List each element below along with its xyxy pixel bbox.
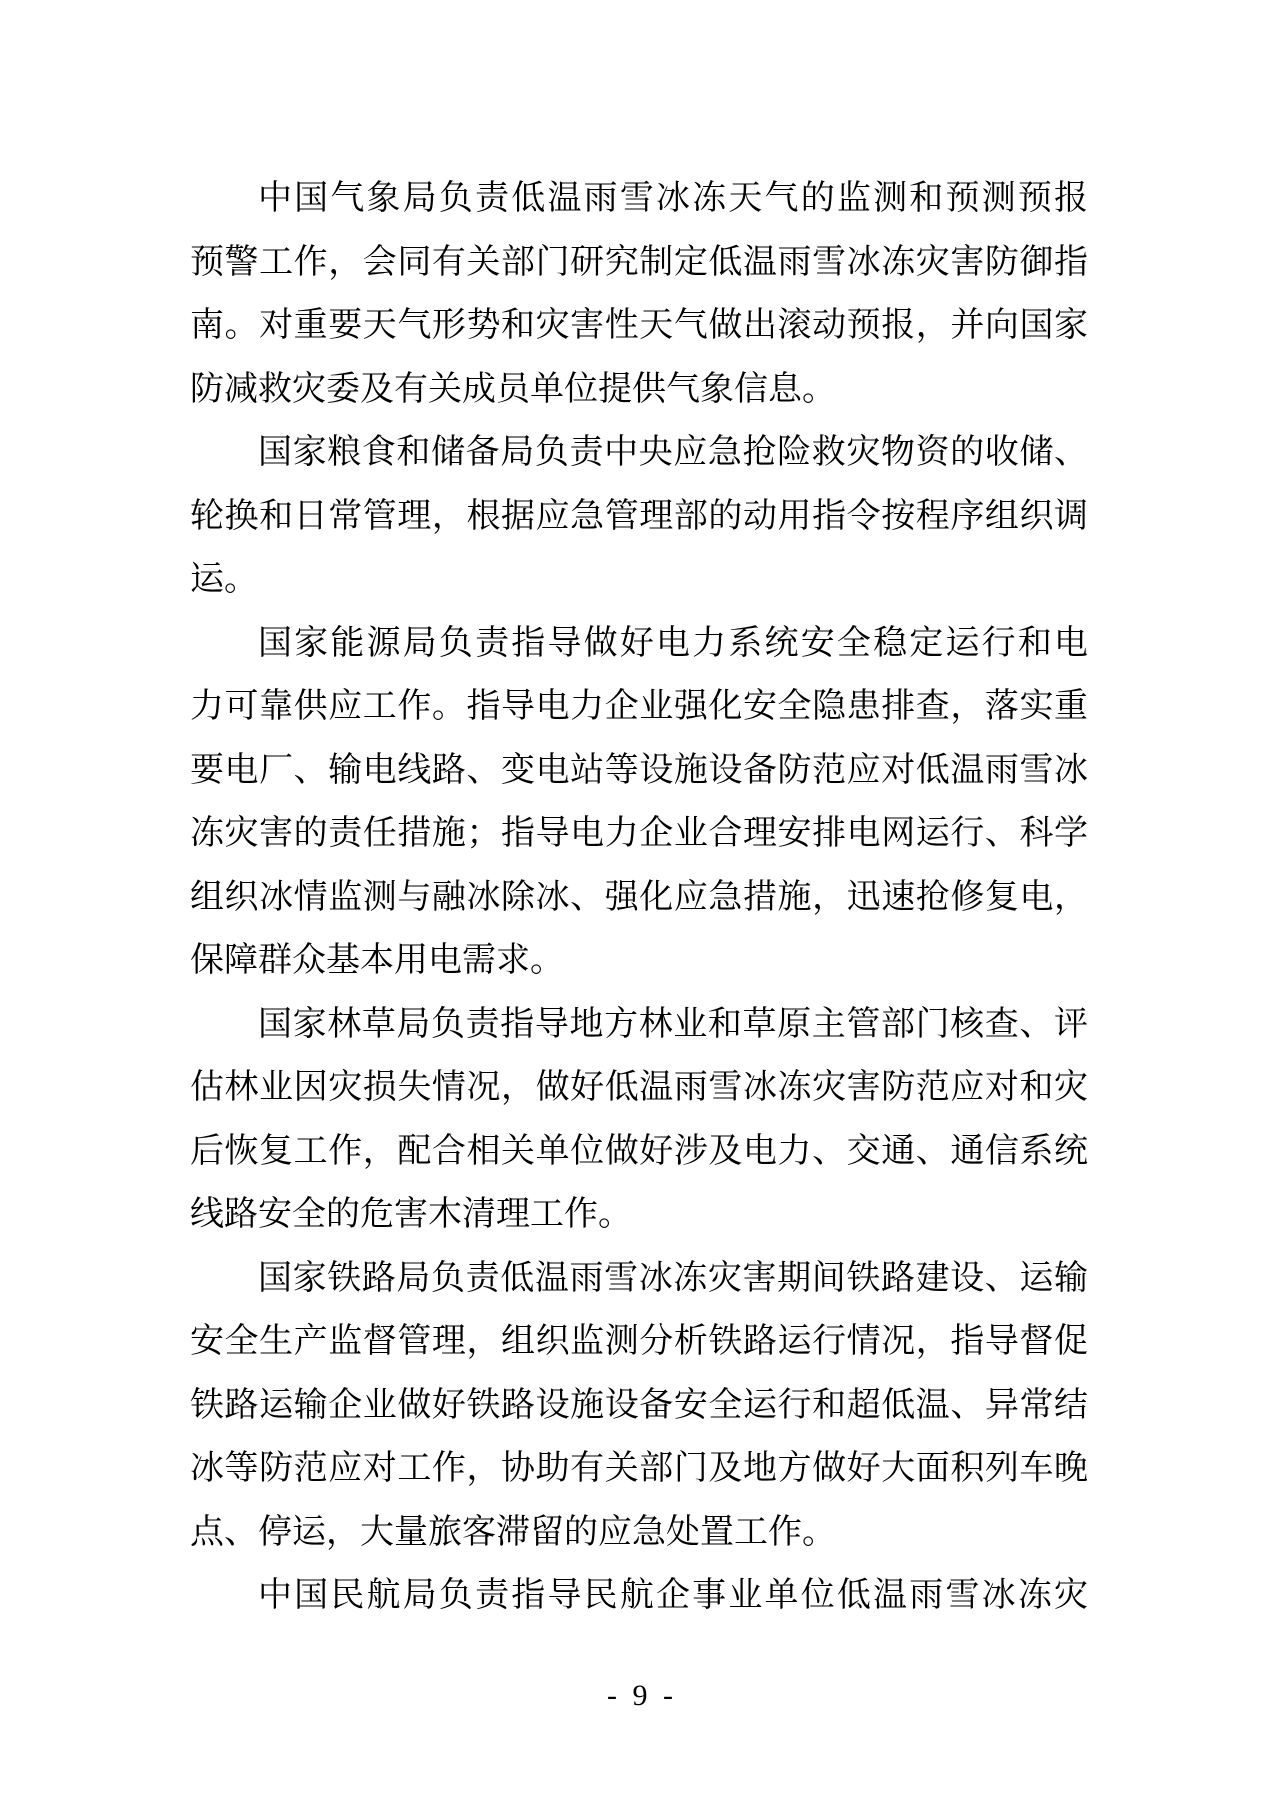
text-line: 国家林草局负责指导地方林业和草原主管部门核查、评 bbox=[190, 993, 1088, 1057]
text-line: 后恢复工作，配合相关单位做好涉及电力、交通、通信系统 bbox=[190, 1120, 1088, 1184]
text-line: 组织冰情监测与融冰除冰、强化应急措施，迅速抢修复电， bbox=[190, 866, 1088, 930]
text-line: 线路安全的危害木清理工作。 bbox=[190, 1183, 1088, 1247]
document-page: 中国气象局负责低温雨雪冰冻天气的监测和预测预报预警工作，会同有关部门研究制定低温… bbox=[0, 0, 1280, 1809]
text-line: 国家铁路局负责低温雨雪冰冻灾害期间铁路建设、运输 bbox=[190, 1247, 1088, 1311]
text-line: 国家能源局负责指导做好电力系统安全稳定运行和电 bbox=[190, 612, 1088, 676]
text-line: 中国民航局负责指导民航企事业单位低温雨雪冰冻灾 bbox=[190, 1564, 1088, 1628]
text-line: 冰等防范应对工作，协助有关部门及地方做好大面积列车晚 bbox=[190, 1437, 1088, 1501]
text-line: 要电厂、输电线路、变电站等设施设备防范应对低温雨雪冰 bbox=[190, 739, 1088, 803]
text-line: 点、停运，大量旅客滞留的应急处置工作。 bbox=[190, 1501, 1088, 1565]
text-line: 冻灾害的责任措施；指导电力企业合理安排电网运行、科学 bbox=[190, 802, 1088, 866]
text-line: 保障群众基本用电需求。 bbox=[190, 929, 1088, 993]
text-line: 预警工作，会同有关部门研究制定低温雨雪冰冻灾害防御指 bbox=[190, 231, 1088, 295]
text-line: 国家粮食和储备局负责中央应急抢险救灾物资的收储、 bbox=[190, 421, 1088, 485]
text-line: 力可靠供应工作。指导电力企业强化安全隐患排查，落实重 bbox=[190, 675, 1088, 739]
text-line: 轮换和日常管理，根据应急管理部的动用指令按程序组织调 bbox=[190, 485, 1088, 549]
text-line: 中国气象局负责低温雨雪冰冻天气的监测和预测预报 bbox=[190, 167, 1088, 231]
page-number: - 9 - bbox=[0, 1676, 1280, 1716]
text-line: 铁路运输企业做好铁路设施设备安全运行和超低温、异常结 bbox=[190, 1374, 1088, 1438]
text-line: 安全生产监督管理，组织监测分析铁路运行情况，指导督促 bbox=[190, 1310, 1088, 1374]
text-line: 估林业因灾损失情况，做好低温雨雪冰冻灾害防范应对和灾 bbox=[190, 1056, 1088, 1120]
document-body: 中国气象局负责低温雨雪冰冻天气的监测和预测预报预警工作，会同有关部门研究制定低温… bbox=[190, 167, 1088, 1628]
text-line: 运。 bbox=[190, 548, 1088, 612]
text-line: 防减救灾委及有关成员单位提供气象信息。 bbox=[190, 358, 1088, 422]
text-line: 南。对重要天气形势和灾害性天气做出滚动预报，并向国家 bbox=[190, 294, 1088, 358]
